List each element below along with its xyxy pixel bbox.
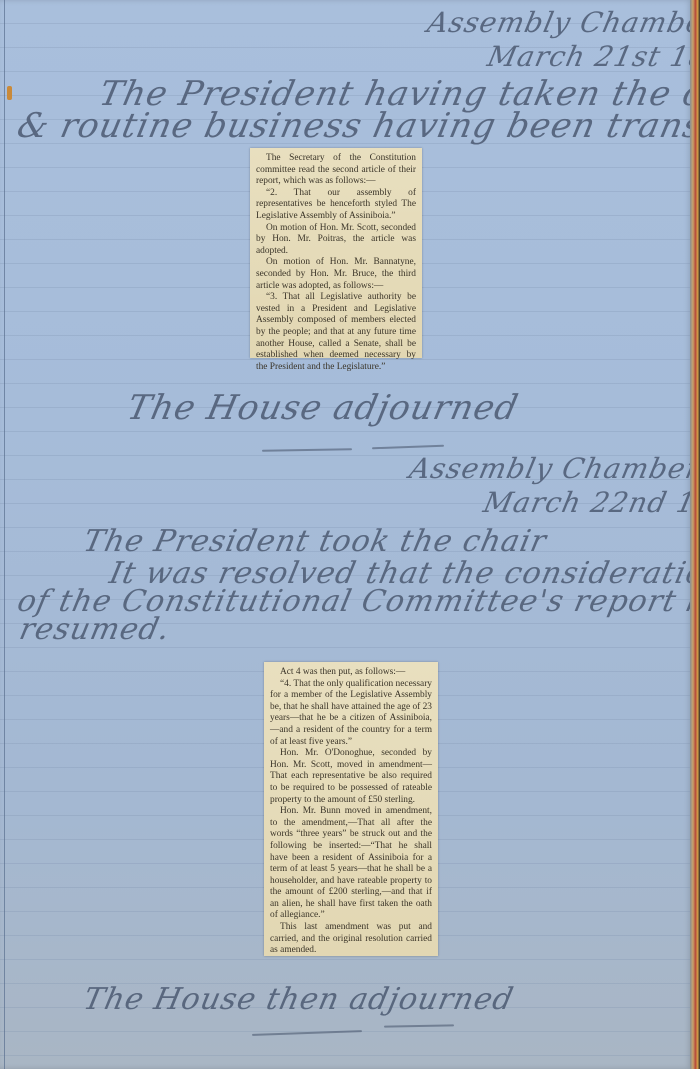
clipping2-paragraph: Act 4 was then put, as follows:— [270, 667, 432, 679]
entry2-location: Assembly Chamber [406, 452, 700, 485]
margin-rule [4, 0, 5, 1069]
closing-flourish-left [262, 448, 352, 452]
minute-book-page: Assembly Chamber March 21st 1870 The Pre… [0, 0, 692, 1069]
clipping1-paragraph: On motion of Hon. Mr. Bannatyne, seconde… [256, 257, 416, 292]
clipping1-paragraph: On motion of Hon. Mr. Scott, seconded by… [256, 223, 416, 258]
newspaper-clipping-2: Act 4 was then put, as follows:— “4. Tha… [264, 662, 438, 956]
book-page-edge [690, 0, 700, 1069]
entry1-location: Assembly Chamber [424, 6, 700, 39]
closing-flourish-right-2 [384, 1024, 454, 1027]
clipping2-paragraph: Hon. Mr. Bunn moved in amendment, to the… [270, 806, 432, 922]
clipping1-paragraph: “3. That all Legislative authority be ve… [256, 292, 416, 373]
closing-flourish-right [372, 445, 444, 450]
entry2-line1: The President took the chair [80, 524, 550, 559]
entry1-adjourned: The House adjourned [124, 388, 522, 428]
entry1-date: March 21st 1870 [484, 40, 700, 73]
clipping2-paragraph: This last amendment was put and carried,… [270, 922, 432, 957]
clipping2-paragraph: “4. That the only qualification necessar… [270, 679, 432, 749]
entry2-line4: resumed. [16, 612, 173, 647]
entry2-date: March 22nd 1870 [480, 486, 700, 519]
entry1-line2: & routine business having been transacte… [14, 106, 700, 146]
clipping1-paragraph: The Secretary of the Constitution commit… [256, 153, 416, 188]
closing-flourish-left-2 [252, 1030, 362, 1036]
entry2-adjourned: The House then adjourned [80, 982, 517, 1017]
clipping1-paragraph: “2. That our assembly of representatives… [256, 188, 416, 223]
newspaper-clipping-1: The Secretary of the Constitution commit… [250, 148, 422, 358]
page-tab-mark [7, 86, 12, 100]
clipping2-paragraph: Hon. Mr. O'Donoghue, seconded by Hon. Mr… [270, 748, 432, 806]
